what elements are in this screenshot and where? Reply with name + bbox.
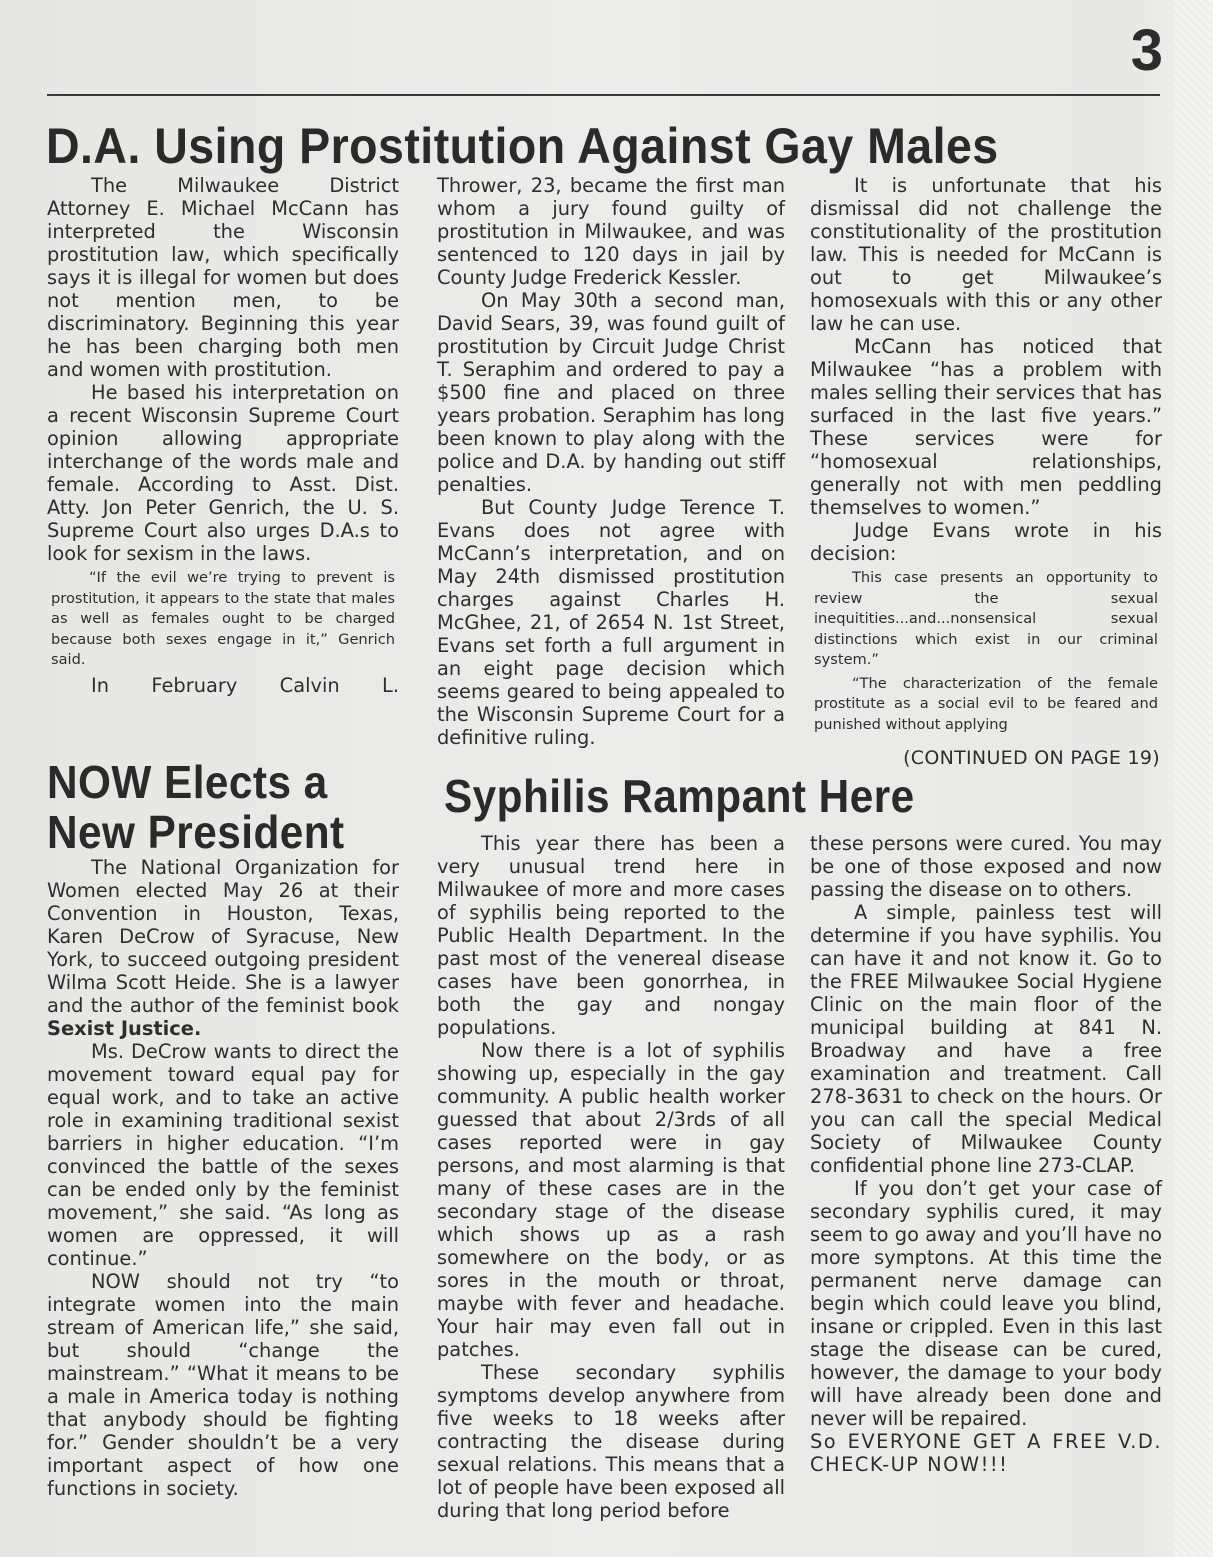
paragraph: These secondary syphilis symptoms develo… [437,1361,785,1522]
continued-on-page-link[interactable]: (CONTINUED ON PAGE 19) [810,747,1162,770]
paragraph: Ms. DeCrow wants to direct the movement … [47,1040,399,1270]
paragraph: In February Calvin L. [47,674,399,697]
paragraph: these persons were cured. You may be one… [810,832,1162,901]
syphilis-article-column-2: these persons were cured. You may be one… [810,832,1162,1476]
call-to-action: So EVERYONE GET A FREE V.D. CHECK-UP NOW… [810,1430,1162,1476]
headline-now-article: NOW Elects a New President [47,757,345,857]
prostitution-article-column-2: Thrower, 23, became the first man whom a… [437,174,785,749]
prostitution-article-column-1: The Milwaukee District Attorney E. Micha… [47,174,399,697]
header-rule [47,94,1160,96]
syphilis-article-column-1: This year there has been a very unusual … [437,832,785,1522]
evans-decision-quote: This case presents an opportunity to rev… [814,568,1158,671]
genrich-quote: “If the evil we’re trying to prevent is … [51,568,395,671]
paragraph: On May 30th a second man, David Sears, 3… [437,289,785,496]
paragraph: A simple, painless test will determine i… [810,901,1162,1177]
headline-line-1: NOW Elects a [47,757,345,807]
prostitution-article-column-3: It is unfortunate that his dismissal did… [810,174,1162,770]
page-number: 3 [1131,20,1163,82]
paragraph: McCann has noticed that Milwaukee “has a… [810,335,1162,519]
headline-syphilis-article: Syphilis Rampant Here [444,770,915,822]
evans-decision-quote-continued: “The characterization of the female pros… [814,674,1158,736]
paragraph: But County Judge Terence T. Evans does n… [437,496,785,749]
book-title: Sexist Justice. [47,1017,201,1040]
paragraph: Thrower, 23, became the first man whom a… [437,174,785,289]
paragraph: NOW should not try “to integrate women i… [47,1270,399,1500]
now-article-column: The National Organization for Women elec… [47,856,399,1500]
headline-prostitution-article: D.A. Using Prostitution Against Gay Male… [46,118,999,174]
paragraph: Now there is a lot of syphilis showing u… [437,1039,785,1361]
headline-line-2: New President [47,807,345,857]
page-edge-texture [1173,0,1213,1557]
paragraph: He based his interpretation on a recent … [47,381,399,565]
paragraph: This year there has been a very unusual … [437,832,785,1039]
paragraph: If you don’t get your case of secondary … [810,1177,1162,1430]
paragraph: It is unfortunate that his dismissal did… [810,174,1162,335]
paragraph: The National Organization for Women elec… [47,856,399,1040]
newspaper-page: 3 D.A. Using Prostitution Against Gay Ma… [0,0,1213,1557]
paragraph: Judge Evans wrote in his decision: [810,519,1162,565]
paragraph: The Milwaukee District Attorney E. Micha… [47,174,399,381]
